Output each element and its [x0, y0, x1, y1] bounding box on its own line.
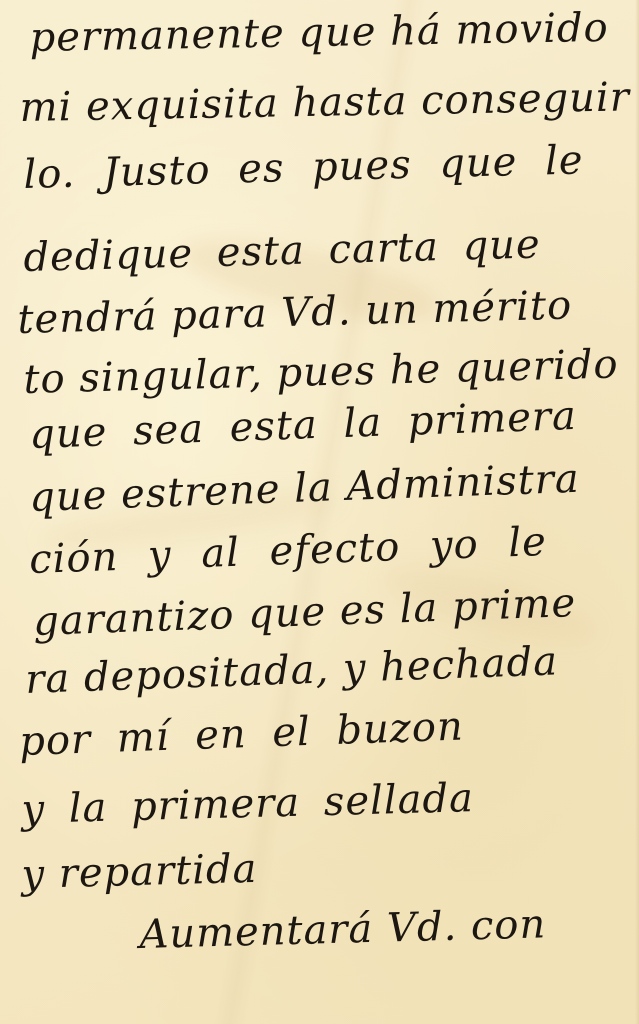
handwritten-line-12: por mí en el buzon [19, 707, 465, 762]
handwritten-line-2: mi exquisita hasta conseguir [19, 77, 630, 128]
handwritten-line-6: to singular, pues he querido [23, 344, 619, 400]
handwritten-line-5: tendrá para Vd. un mérito [17, 285, 573, 340]
paper-edge [635, 0, 639, 1024]
handwritten-line-14: y repartida [21, 849, 258, 895]
handwritten-line-1: permanente que há movido [29, 8, 609, 58]
handwritten-line-8: que estrene la Administra [29, 459, 581, 518]
handwritten-line-10: garantizo que es la prime [33, 583, 577, 642]
handwritten-line-9: ción y al efecto yo le [29, 522, 548, 580]
handwritten-line-3: lo. Justo es pues que le [23, 140, 584, 195]
handwritten-line-4: dedique esta carta que [23, 224, 541, 278]
handwritten-line-7: que sea esta la primera [29, 396, 578, 455]
handwritten-line-13: y la primera sellada [21, 778, 474, 830]
handwritten-line-11: ra depositada, y hechada [25, 641, 559, 700]
letter-page: permanente que há movido mi exquisita ha… [0, 0, 639, 1024]
handwritten-line-15: Aumentará Vd. con [139, 904, 547, 955]
